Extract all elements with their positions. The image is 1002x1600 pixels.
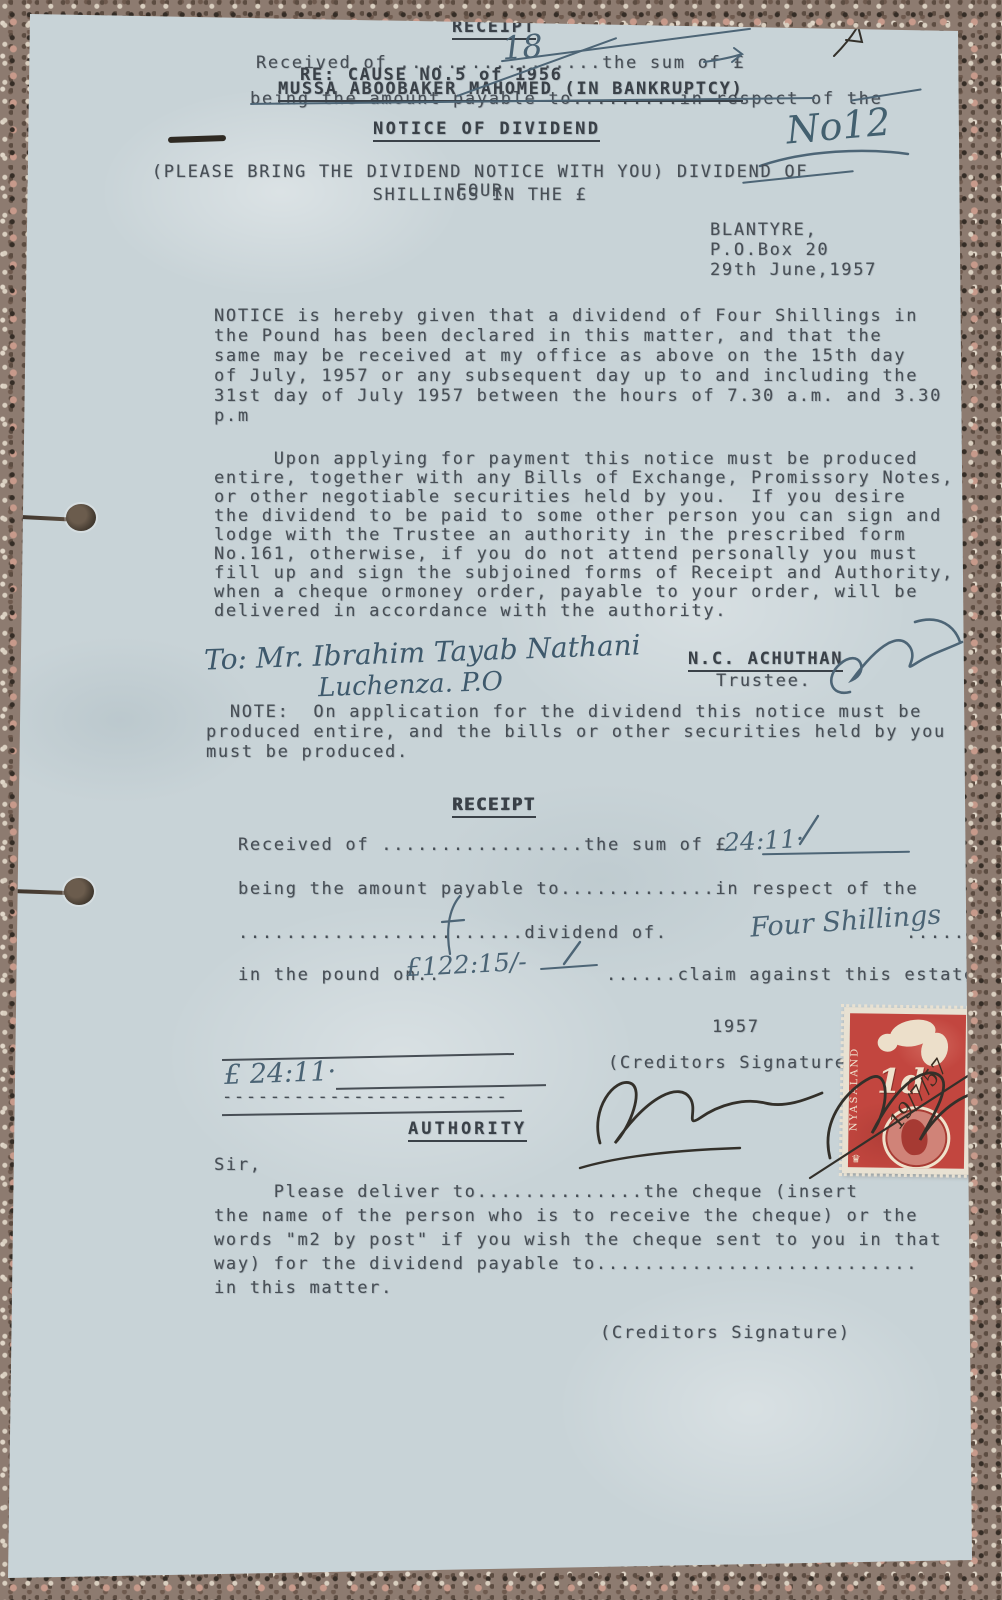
trustee-signature xyxy=(790,602,975,702)
authority-heading: AUTHORITY xyxy=(408,1120,527,1142)
punch-hole-tear xyxy=(10,889,70,895)
notice-of-dividend-title: NOTICE OF DIVIDEND xyxy=(373,120,600,142)
document-paper: RECEIPT 18 Received of .................… xyxy=(0,0,1002,1600)
authority-salutation: Sir, xyxy=(214,1156,262,1175)
receipt-line4-amount-hw: £122:15/- xyxy=(405,947,527,982)
apply-paragraph: Upon applying for payment this notice mu… xyxy=(214,450,974,621)
receipt-line4-tail: ......claim against this estate xyxy=(606,966,976,985)
receipt-section-heading: RECEIPT xyxy=(452,796,536,818)
punch-hole-tear xyxy=(10,514,72,521)
receipt-line1: Received of .................the sum of … xyxy=(238,836,727,855)
address-date: 29th June,1957 xyxy=(710,260,877,280)
handwritten-addressee-line2: Luchenza. P.O xyxy=(318,667,504,703)
amount-hw: £ 24:11· xyxy=(223,1056,336,1091)
note-paragraph: NOTE: On application for the dividend th… xyxy=(206,702,966,762)
staple-dash-mark xyxy=(168,135,226,143)
receipt-line2: being the amount payable to.............… xyxy=(238,880,918,899)
creditors-signature-label-2: (Creditors Signature) xyxy=(600,1324,851,1343)
receipt-year: 1957 xyxy=(712,1018,760,1037)
amount-dashed-line: ------------------------ xyxy=(222,1088,508,1107)
photo-scene: { "colors": { "paper": "#c8d3d7", "typed… xyxy=(0,0,1002,1600)
bring-notice-line2: SHILLINGS IN THE £ xyxy=(140,186,820,205)
authority-paragraph: Please deliver to..............the chequ… xyxy=(214,1180,974,1300)
receipt-line3-tail: ..... xyxy=(906,924,966,943)
punch-hole xyxy=(64,878,94,905)
address-city: BLANTYRE, xyxy=(710,220,817,240)
address-box: P.O.Box 20 xyxy=(710,240,829,260)
notice-paragraph: NOTICE is hereby given that a dividend o… xyxy=(214,306,954,426)
amount-rule-bottom xyxy=(222,1110,522,1116)
tick-mark-1 xyxy=(796,812,822,848)
tick-mark-2 xyxy=(560,938,584,968)
pen-f-stroke xyxy=(438,892,468,958)
corner-arrow-icon xyxy=(826,20,876,62)
pen-arrow-mark xyxy=(700,44,750,74)
punch-hole xyxy=(66,504,96,531)
